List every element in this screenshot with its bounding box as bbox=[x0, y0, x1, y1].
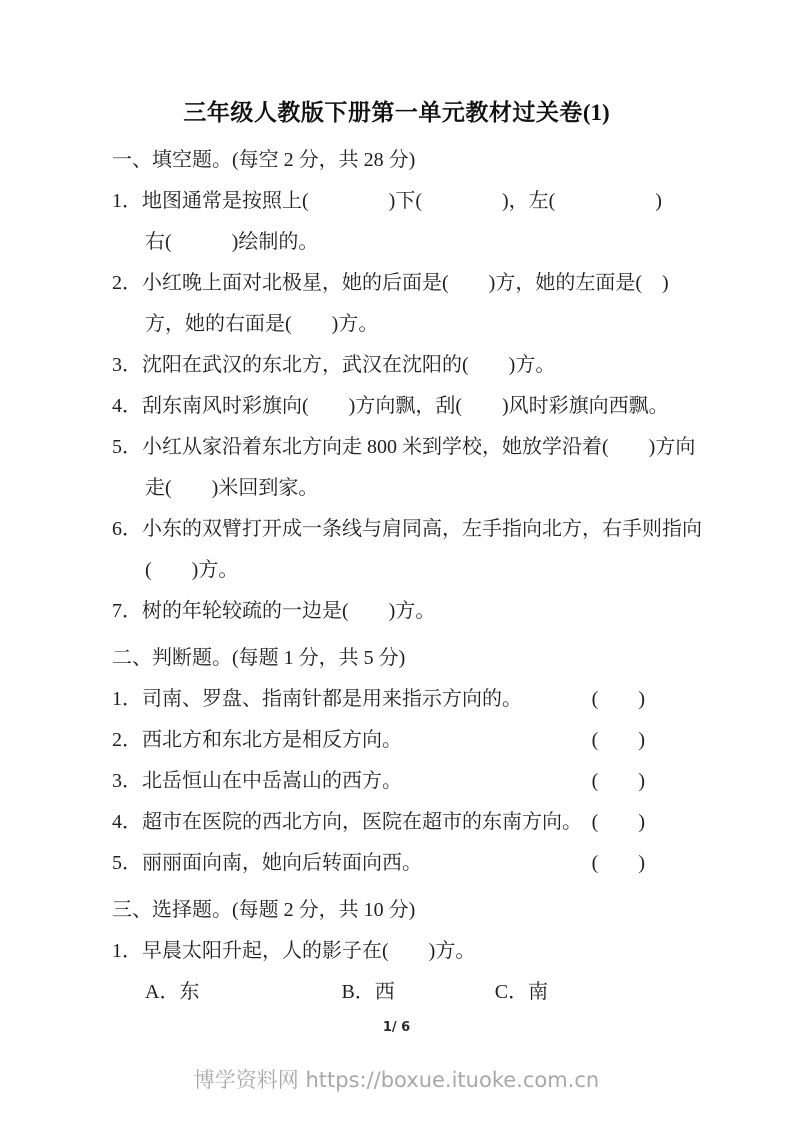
judge-question-5: 5．丽丽面向南，她向后转面向西。 ( ) bbox=[112, 843, 695, 884]
fill-question-1-line-1: 1．地图通常是按照上( )下( )，左( ) bbox=[112, 181, 695, 222]
judge-question-2-text: 2．西北方和东北方是相反方向。 bbox=[112, 720, 402, 761]
judge-question-2: 2．西北方和东北方是相反方向。 ( ) bbox=[112, 720, 695, 761]
fill-question-3: 3．沈阳在武汉的东北方，武汉在沈阳的( )方。 bbox=[112, 345, 695, 386]
judge-question-4-text: 4．超市在医院的西北方向，医院在超市的东南方向。 bbox=[112, 802, 582, 843]
footer-watermark: 博学资料网 https://boxue.ituoke.com.cn bbox=[0, 1064, 793, 1094]
section-heading-fill: 一、填空题。(每空 2 分，共 28 分) bbox=[112, 140, 695, 181]
page-title-main: 三年级人教版下册第一单元教材过关卷 bbox=[183, 100, 583, 126]
judge-question-4: 4．超市在医院的西北方向，医院在超市的东南方向。 ( ) bbox=[112, 802, 695, 843]
paper-content: 一、填空题。(每空 2 分，共 28 分) 1．地图通常是按照上( )下( )，… bbox=[112, 140, 695, 1013]
fill-question-5-line-2: 走( )米回到家。 bbox=[112, 468, 695, 509]
judge-question-2-answer-blank: ( ) bbox=[592, 720, 645, 761]
judge-question-1: 1．司南、罗盘、指南针都是用来指示方向的。 ( ) bbox=[112, 679, 695, 720]
option-c: C．南 bbox=[495, 972, 548, 1013]
judge-question-3-text: 3．北岳恒山在中岳嵩山的西方。 bbox=[112, 761, 402, 802]
option-b: B．西 bbox=[341, 972, 394, 1013]
choice-question-1-options: A．东 B．西 C．南 bbox=[112, 972, 695, 1013]
page-number: 1/ 6 bbox=[0, 1020, 793, 1035]
fill-question-2-line-2: 方，她的右面是( )方。 bbox=[112, 304, 695, 345]
judge-question-3-answer-blank: ( ) bbox=[592, 761, 645, 802]
section-heading-judge: 二、判断题。(每题 1 分，共 5 分) bbox=[112, 638, 695, 679]
page-title: 三年级人教版下册第一单元教材过关卷(1) bbox=[0, 0, 793, 130]
test-paper-page: 三年级人教版下册第一单元教材过关卷(1) 一、填空题。(每空 2 分，共 28 … bbox=[0, 0, 793, 1122]
fill-question-6-line-1: 6．小东的双臂打开成一条线与肩同高，左手指向北方，右手则指向 bbox=[112, 509, 695, 550]
judge-question-5-text: 5．丽丽面向南，她向后转面向西。 bbox=[112, 843, 422, 884]
judge-question-1-text: 1．司南、罗盘、指南针都是用来指示方向的。 bbox=[112, 679, 522, 720]
choice-question-1: 1．早晨太阳升起，人的影子在( )方。 bbox=[112, 931, 695, 972]
fill-question-1-line-2: 右( )绘制的。 bbox=[112, 222, 695, 263]
fill-question-7: 7．树的年轮较疏的一边是( )方。 bbox=[112, 591, 695, 632]
fill-question-5-line-1: 5．小红从家沿着东北方向走 800 米到学校，她放学沿着( )方向 bbox=[112, 427, 695, 468]
fill-question-6-line-2: ( )方。 bbox=[112, 550, 695, 591]
judge-question-4-answer-blank: ( ) bbox=[592, 802, 645, 843]
fill-question-4: 4．刮东南风时彩旗向( )方向飘，刮( )风时彩旗向西飘。 bbox=[112, 386, 695, 427]
fill-question-2-line-1: 2．小红晚上面对北极星，她的后面是( )方，她的左面是( ) bbox=[112, 263, 695, 304]
judge-question-1-answer-blank: ( ) bbox=[592, 679, 645, 720]
page-title-suffix: (1) bbox=[583, 100, 610, 125]
judge-question-3: 3．北岳恒山在中岳嵩山的西方。 ( ) bbox=[112, 761, 695, 802]
option-a: A．东 bbox=[145, 972, 199, 1013]
section-heading-choice: 三、选择题。(每题 2 分，共 10 分) bbox=[112, 890, 695, 931]
judge-question-5-answer-blank: ( ) bbox=[592, 843, 645, 884]
